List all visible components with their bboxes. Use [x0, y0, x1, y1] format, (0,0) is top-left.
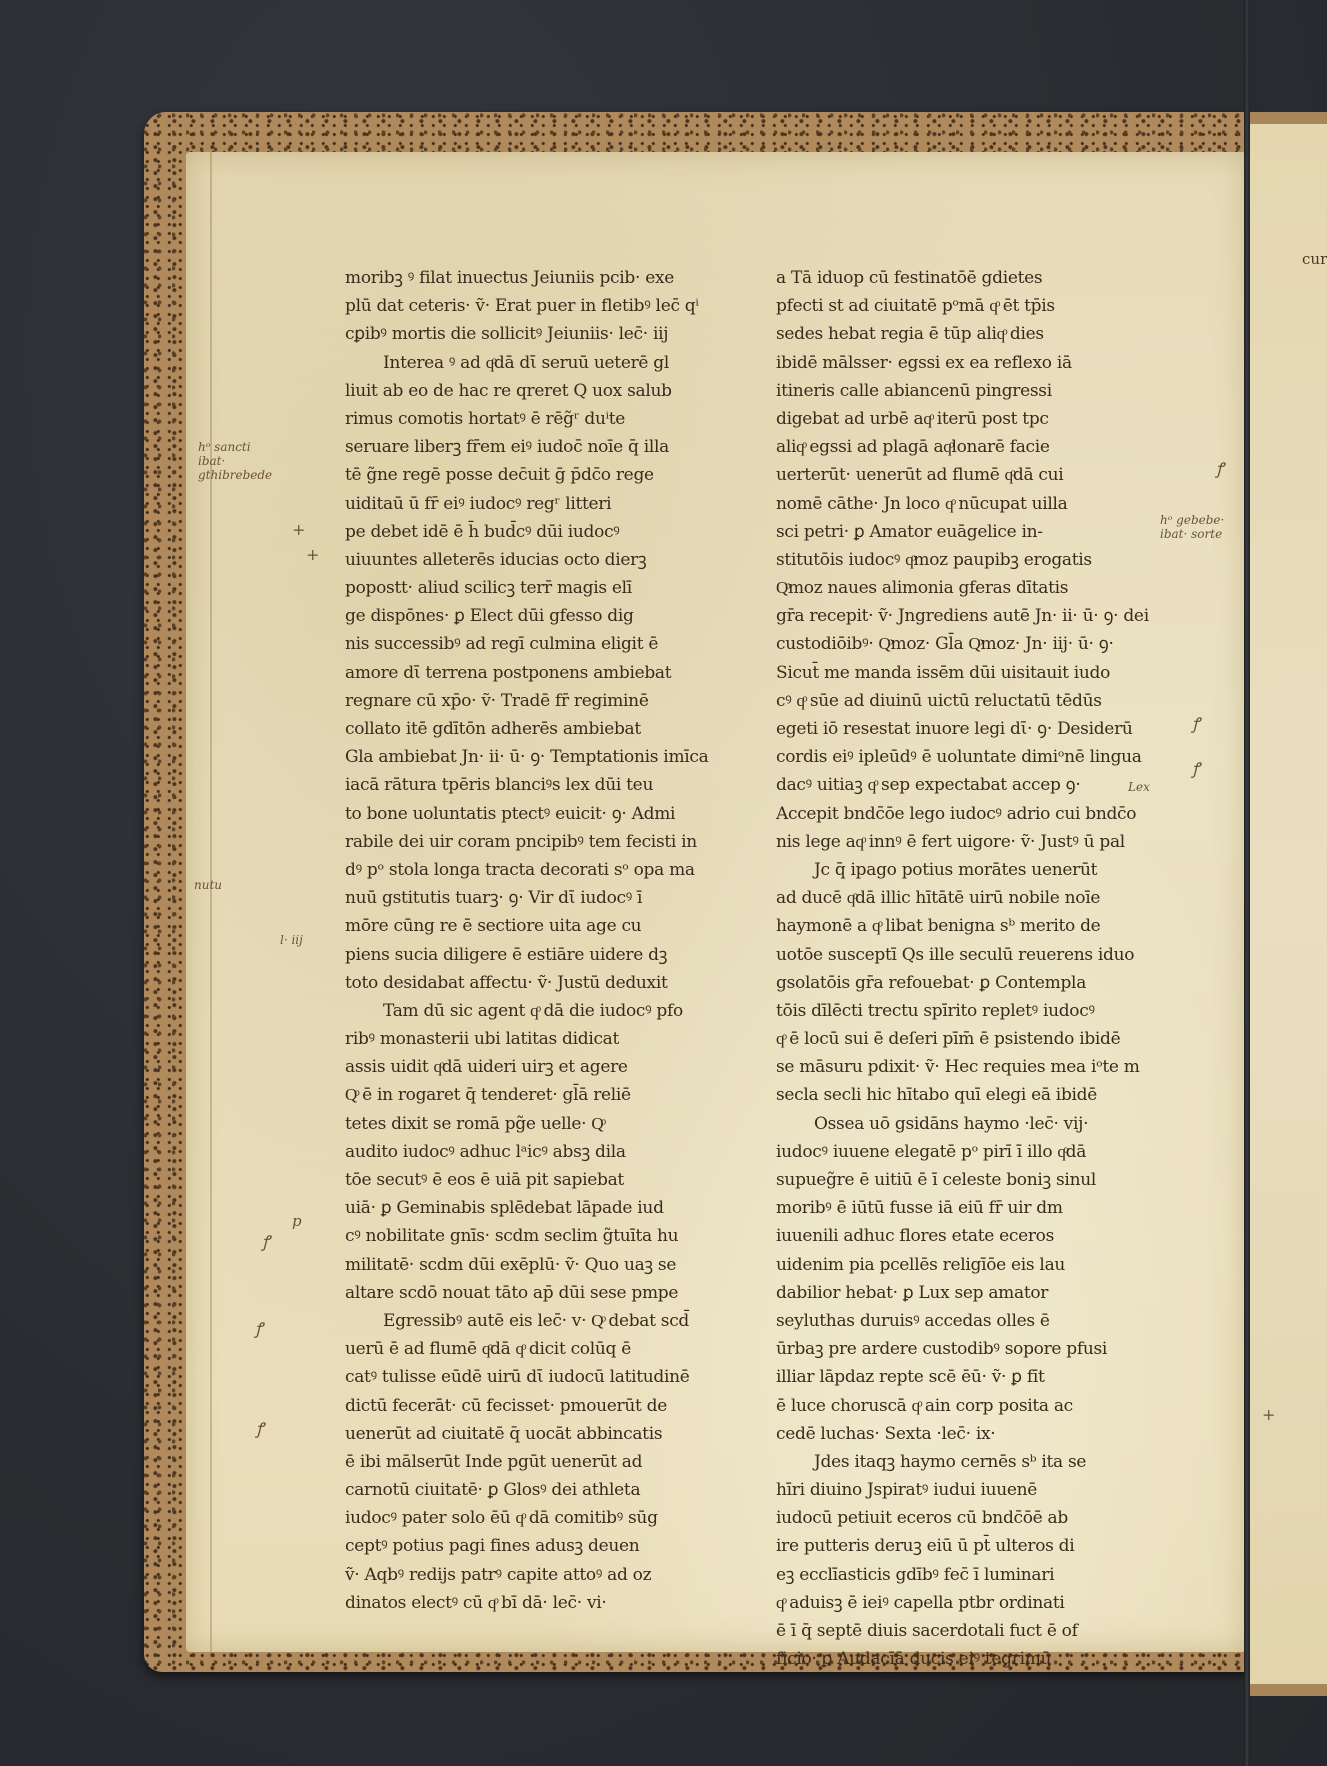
- text-line: uenerūt ad ciuitatē q̄ uocāt abbincatis: [345, 1420, 735, 1448]
- text-line: ibidē mālsser· egssi ex ea reflexo iā: [776, 349, 1176, 377]
- text-line: ṽ· Aqbꝰ redijs patrꝰ capite attoꝰ ad oz: [345, 1561, 735, 1589]
- text-line: Interea ꝰ ad qͦdā dῑ seruū ueterē gl: [345, 349, 735, 377]
- text-line: ūrbaꝫ pre ardere custodibꝰ sopore pfusi: [776, 1335, 1176, 1363]
- text-line: cedē luchas· Sexta ·lec̄· ix·: [776, 1420, 1176, 1448]
- margin-mark: p: [292, 1214, 302, 1228]
- margin-note-left-mid: nutu: [194, 878, 222, 892]
- text-line: nis successibꝰ ad regī culmina eligit ē: [345, 630, 735, 658]
- text-line: cordis eiꝰ ipleūdꝰ ē uoluntate dimiᵒnē l…: [776, 743, 1176, 771]
- text-line: iudocū petiuit eceros cū bndc̄ōē ab: [776, 1504, 1176, 1532]
- margin-mark: ꝭ: [1216, 462, 1224, 476]
- text-line: uerterūt· uenerūt ad flumē qͦdā cui: [776, 461, 1176, 489]
- text-line: piens sucia diligere ē estiāre uidere dꝫ: [345, 941, 735, 969]
- text-line: Ossea uō gsidāns haymo ·lec̄· vij·: [776, 1110, 1176, 1138]
- text-line: gsolatōis gr̄a refouebat· ꝑ Contempla: [776, 969, 1176, 997]
- text-line: seruare liberꝫ fr̄em eiꝰ iudoc̄ noīe q̄ …: [345, 433, 735, 461]
- text-line: pfecti st ad ciuitatē pᵒmā qͦ ēt tp̄is: [776, 292, 1176, 320]
- text-line: iudocꝰ pater solo ēū qͦ dā comitibꝰ sūg: [345, 1504, 735, 1532]
- text-line: catꝰ tulisse eūdē uirū dῑ iudocū latitud…: [345, 1363, 735, 1391]
- text-line: tōe secutꝰ ē eos ē uiā pit sapiebat: [345, 1166, 735, 1194]
- text-line: moribꝫ ꝰ filat inuectus Jeiuniis pcib· e…: [345, 264, 735, 292]
- text-line: illiar lāpdaz repte scē ēū· ṽ· ꝑ fīt: [776, 1363, 1176, 1391]
- text-column-left: moribꝫ ꝰ filat inuectus Jeiuniis pcib· e…: [345, 264, 735, 1617]
- margin-mark: ꝭ: [1192, 762, 1200, 776]
- text-line: haymonē a qͦ libat benigna sᵇ merito de: [776, 912, 1176, 940]
- text-line: nomē cāthe· Jn loco qͦ nūcupat uilla: [776, 490, 1176, 518]
- text-line: Jdes itaqꝫ haymo cernēs sᵇ ita se: [776, 1448, 1176, 1476]
- text-line: mōre cūng re ē sectiore uita age cu: [345, 912, 735, 940]
- text-column-right: a Tā iduop cū festinatōē gdietespfecti s…: [776, 264, 1176, 1673]
- text-line: ē ī q̄ septē diuis sacerdotali fuct ē of: [776, 1617, 1176, 1645]
- text-line: uiuuntes alleterēs iducias octo dierꝫ: [345, 546, 735, 574]
- margin-mark: ꝭ: [1192, 717, 1200, 731]
- text-line: tetes dixit se romā pg̃e uelle· Qͦ: [345, 1110, 735, 1138]
- text-line: dꝰ pᵒ stola longa tracta decorati sᵒ opa…: [345, 856, 735, 884]
- margin-note-left-lower: l· iij: [280, 933, 303, 947]
- text-line: riu: [1320, 250, 1327, 268]
- text-line: sci petri· ꝑ Amator euāgelice in-: [776, 518, 1176, 546]
- text-line: Jc q̄ ipago potius morātes uenerūt: [776, 856, 1176, 884]
- text-line: uerū ē ad flumē qͦdā qͦ dicit colūq ē: [345, 1335, 735, 1363]
- text-line: rimus comotis hortatꝰ ē rēg̃ʳ duⁱte: [345, 405, 735, 433]
- text-line: to bone uoluntatis ptectꝰ euicit· ꝯ· Adm…: [345, 800, 735, 828]
- text-line: ē ibi mālserūt Inde pgūt uenerūt ad: [345, 1448, 735, 1476]
- text-line: gr̄a recepit· ṽ· Jngrediens autē Jn· ii·…: [776, 602, 1176, 630]
- text-line: militatē· scdm dūi exēplū· ṽ· Quo uaꝫ se: [345, 1251, 735, 1279]
- text-line: liuit ab eo de hac re qreret Q uox salub: [345, 377, 735, 405]
- text-line: nis lege aqͦ innꝰ ē fert uigore· ṽ· Just…: [776, 828, 1176, 856]
- text-line: Accepit bndc̄ōe lego iudocꝰ adrio cui bn…: [776, 800, 1176, 828]
- text-line: qͦ ē locū sui ē deſeri pīm̄ ē psistendo …: [776, 1025, 1176, 1053]
- margin-cross: +: [306, 548, 319, 562]
- text-line: tōis dīlēcti trectu spīrito repletꝰ iudo…: [776, 997, 1176, 1025]
- text-line: ribꝰ monasterii ubi latitas didicat: [345, 1025, 735, 1053]
- gutter: [1244, 0, 1250, 1766]
- text-line: carnotū ciuitatē· ꝑ Glosꝰ dei athleta: [345, 1476, 735, 1504]
- text-line: dabilior hebat· ꝑ Lux sep amator: [776, 1279, 1176, 1307]
- text-line: dacꝰ uitiaꝫ qͦ sep expectabat accep ꝯ·: [776, 771, 1176, 799]
- text-line: Tam dū sic agent qͦ dā die iudocꝰ pfo: [345, 997, 735, 1025]
- text-line: custodiōibꝰ· Qͦmoz· Gl̄a Qͦmoz· Jn· iij·…: [776, 630, 1176, 658]
- text-line: uotōe susceptī Qs ille seculū reuerens i…: [776, 941, 1176, 969]
- margin-mark: ꝭ: [255, 1322, 263, 1336]
- text-line: Gla ambiebat Jn· ii· ū· ꝯ· Temptationis …: [345, 743, 735, 771]
- margin-note-left-upper: hᵒ sancti ibat· gthibrebede: [198, 440, 278, 482]
- text-line: ficio· ꝑ Audacīā ducis eiꝰ tegrimū: [776, 1645, 1176, 1673]
- text-line: audito iudocꝰ adhuc lᵃicꝰ absꝫ dila: [345, 1138, 735, 1166]
- text-line: popostt· aliud scilicꝫ terr̄ magis elī: [345, 574, 735, 602]
- text-line: iuuenili adhuc flores etate eceros: [776, 1222, 1176, 1250]
- text-line: seyluthas duruisꝰ accedas olles ē: [776, 1307, 1176, 1335]
- text-line: ceptꝰ potius pagi fines adusꝫ deuen: [345, 1532, 735, 1560]
- text-line: secla secli hic hītabo quī elegi eā ibid…: [776, 1081, 1176, 1109]
- text-line: aliqͦ egssi ad plagā aqͦlonarē facie: [776, 433, 1176, 461]
- text-line: Qͦmoz naues alimonia gferas dītatis: [776, 574, 1176, 602]
- text-line: nuū gstitutis tuarꝫ· ꝯ· Vir dῑ iudocꝰ ī: [345, 884, 735, 912]
- text-line: egeti iō resestat inuore legi dῑ· ꝯ· Des…: [776, 715, 1176, 743]
- text-line: rabile dei uir coram pncipibꝰ tem fecist…: [345, 828, 735, 856]
- margin-cross: +: [1262, 1408, 1275, 1422]
- text-line: stitutōis iudocꝰ qͦmoz paupibꝫ erogatis: [776, 546, 1176, 574]
- text-line: dictū fecerāt· cū fecisset· pmouerūt de: [345, 1392, 735, 1420]
- text-line: assis uidit qͦdā uideri uirꝫ et agere: [345, 1053, 735, 1081]
- text-line: iudocꝰ iuuene elegatē pᵒ pirī ī illo qͦd…: [776, 1138, 1176, 1166]
- text-line: Egressibꝰ autē eis lec̄· v· Qͦ debat scd…: [345, 1307, 735, 1335]
- text-line: collato itē gdītōn adherēs ambiebat: [345, 715, 735, 743]
- text-line: qͦ aduisꝫ ē ieiꝰ capella ptbr ordinati: [776, 1589, 1176, 1617]
- text-line: sedes hebat regia ē tūp aliqͦ dies: [776, 320, 1176, 348]
- text-line: amore dῑ terrena postponens ambiebat: [345, 659, 735, 687]
- text-line: ē luce choruscā qͦ ain corp posita ac: [776, 1392, 1176, 1420]
- ruling-line: [210, 152, 212, 1652]
- text-line: ire putteris deruꝫ eiū ū pt̄ ulteros di: [776, 1532, 1176, 1560]
- text-line: ad ducē qͦdā illic hītātē uirū nobile no…: [776, 884, 1176, 912]
- text-line: itineris calle abiancenū pingressi: [776, 377, 1176, 405]
- text-line: supueg̃re ē uitiū ē ī celeste boniꝫ sinu…: [776, 1166, 1176, 1194]
- text-line: tē g̃ne regē posse dec̄uit ḡ p̄dc̄o rege: [345, 461, 735, 489]
- facing-leaf-edge: [1250, 112, 1327, 1696]
- text-line: iacā rātura tpēris blanciꝰs lex dūi teu: [345, 771, 735, 799]
- text-line: ge dispōnes· ꝑ Elect dūi gfesso dig: [345, 602, 735, 630]
- text-line: hīri diuino Jspiratꝰ iudui iuuenē: [776, 1476, 1176, 1504]
- margin-cross: +: [292, 523, 305, 537]
- text-line: uiā· ꝑ Geminabis splēdebat lāpade iud: [345, 1194, 735, 1222]
- text-line: Sicut̄ me manda issēm dūi uisitauit iudo: [776, 659, 1176, 687]
- text-line: cꝰ nobilitate gnīs· scdm seclim g̃tuīta …: [345, 1222, 735, 1250]
- text-line: digebat ad urbē aqͦ iterū post tpc: [776, 405, 1176, 433]
- text-line: altare scdō nouat tāto ap̄ dūi sese pmpe: [345, 1279, 735, 1307]
- text-line: a Tā iduop cū festinatōē gdietes: [776, 264, 1176, 292]
- text-line: uiditaū ū fr̄ eiꝰ iudocꝰ regʳ litteri: [345, 490, 735, 518]
- text-line: moribꝰ ē iūtū fusse iā eiū fr̄ uir dm: [776, 1194, 1176, 1222]
- text-line: cꝰ qͦ sūe ad diuinū uictū reluctatū tēdū…: [776, 687, 1176, 715]
- text-line: Qͦ ē in rogaret q̄ tenderet· gl̄ā reliē: [345, 1081, 735, 1109]
- text-line: dinatos electꝰ cū qͦ bī dā· lec̄· vi·: [345, 1589, 735, 1617]
- margin-mark: ꝭ: [256, 1422, 264, 1436]
- margin-mark: ꝭ: [262, 1235, 270, 1249]
- text-line: plū dat ceteris· ṽ· Erat puer in fletibꝰ…: [345, 292, 735, 320]
- text-line: toto desidabat affectu· ṽ· Justū deduxit: [345, 969, 735, 997]
- text-line: regnare cū xp̄o· ṽ· Tradē fr̄ regiminē: [345, 687, 735, 715]
- text-line: pe debet idē ē h̄ bud̄cꝰ dūi iudocꝰ: [345, 518, 735, 546]
- facing-leaf-text: curiueplibālōnuioauaumepgcutrpolocecpopn…: [1302, 245, 1327, 273]
- text-line: cꝑibꝰ mortis die sollicitꝰ Jeiuniis· lec…: [345, 320, 735, 348]
- text-line: eꝫ ecclīasticis gdībꝰ fec̄ ī luminari: [776, 1561, 1176, 1589]
- text-line: cu: [1302, 250, 1320, 268]
- text-line: uidenim pia pcellēs religīōe eis lau: [776, 1251, 1176, 1279]
- text-line: se māsuru pdixit· ṽ· Hec requies mea iᵒt…: [776, 1053, 1176, 1081]
